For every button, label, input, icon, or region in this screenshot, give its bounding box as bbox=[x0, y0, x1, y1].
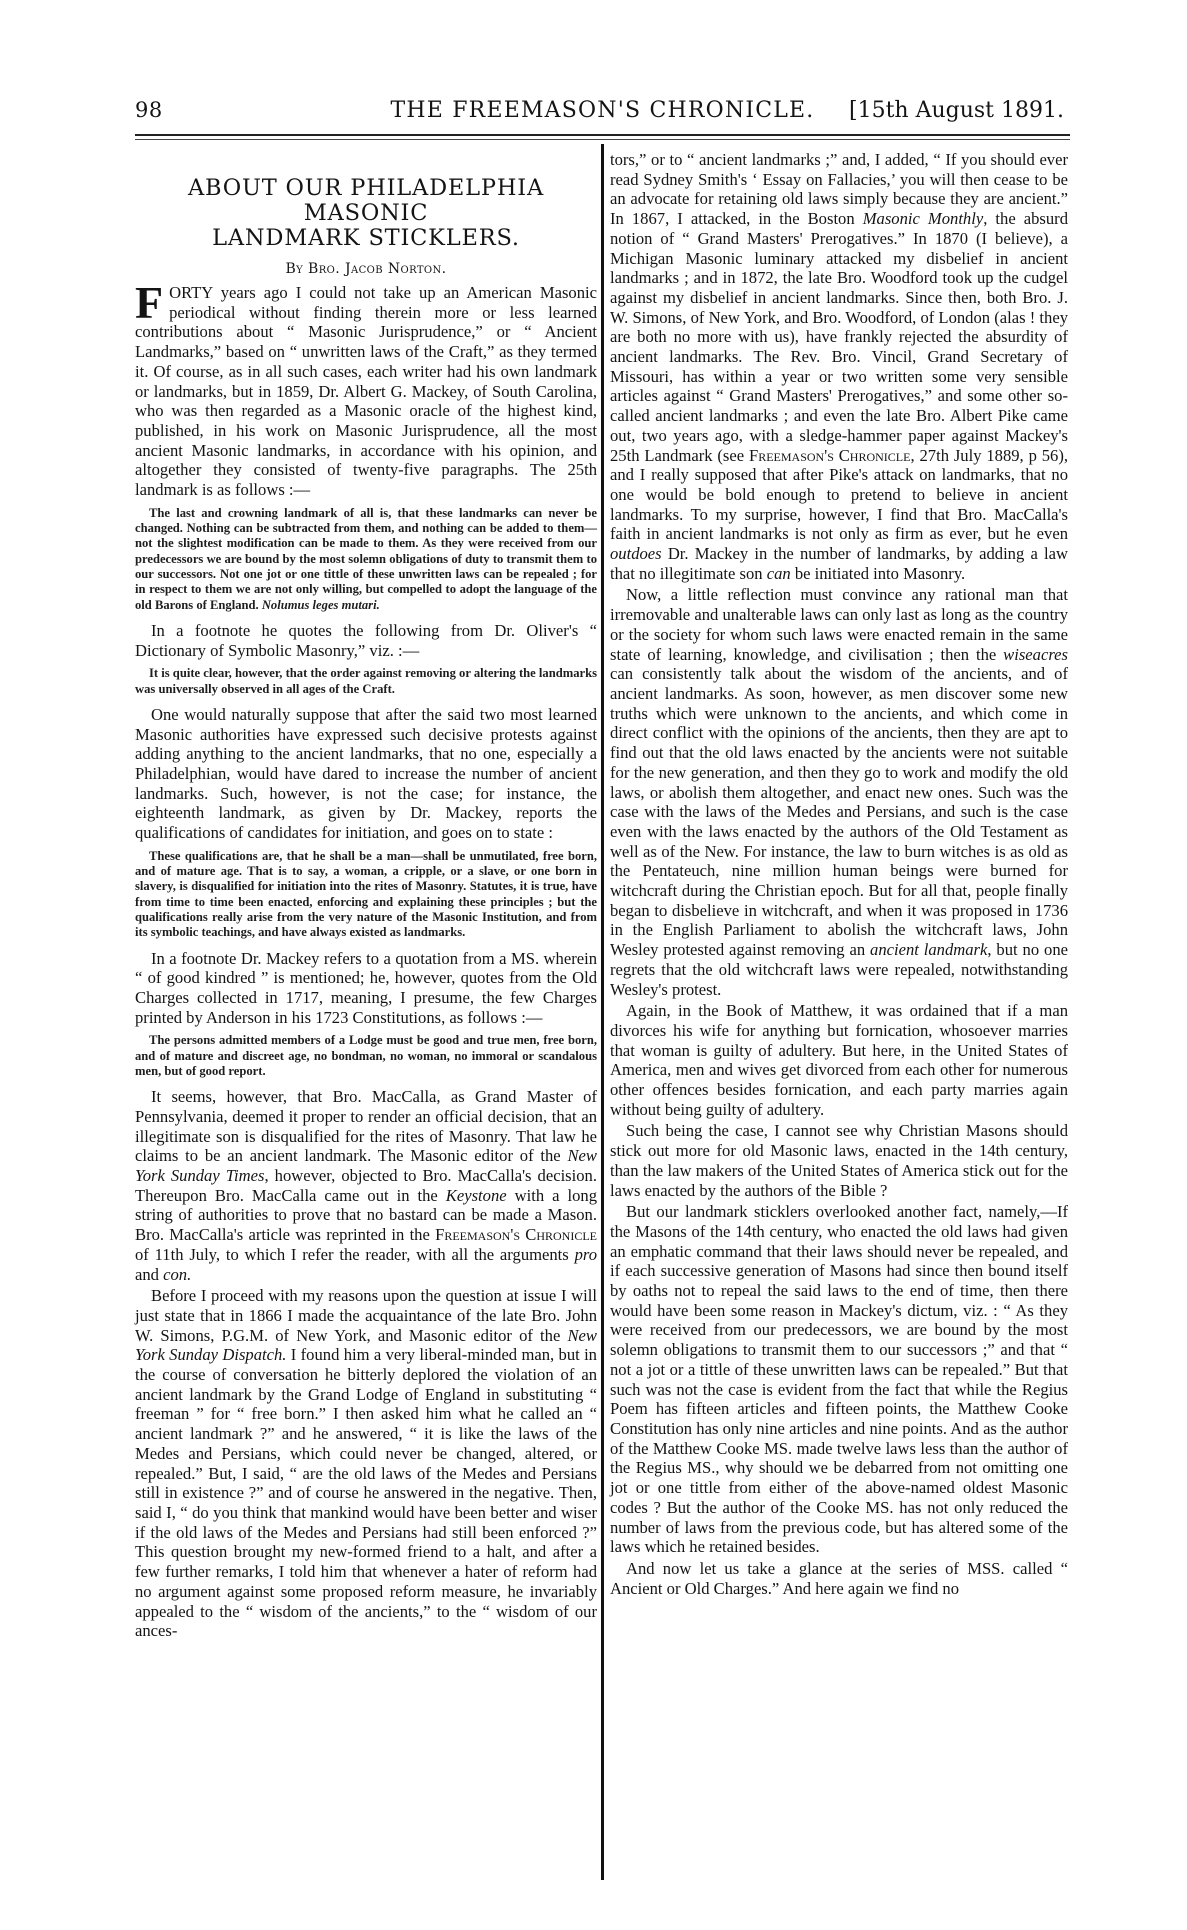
publication-name: Masonic Monthly bbox=[863, 209, 984, 228]
article-title-line1: ABOUT OUR PHILADELPHIA MASONIC bbox=[188, 175, 544, 226]
newspaper-page: 98 THE FREEMASON'S CHRONICLE. [15th Augu… bbox=[0, 0, 1187, 1930]
paragraph: But our landmark sticklers overlooked an… bbox=[610, 1202, 1068, 1557]
header-rule bbox=[135, 134, 1070, 136]
paragraph: Such being the case, I cannot see why Ch… bbox=[610, 1121, 1068, 1200]
column-divider bbox=[601, 144, 604, 1880]
paragraph: Again, in the Book of Matthew, it was or… bbox=[610, 1001, 1068, 1119]
article-title-line2: LANDMARK STICKLERS. bbox=[212, 225, 520, 251]
article-byline: By Bro. Jacob Norton. bbox=[135, 261, 597, 277]
publication-name: Freemason's Chronicle bbox=[435, 1225, 597, 1244]
article-title: ABOUT OUR PHILADELPHIA MASONIC LANDMARK … bbox=[135, 176, 597, 251]
publication-name: Freemason's Chronicle bbox=[749, 446, 911, 465]
page-header: 98 THE FREEMASON'S CHRONICLE. [15th Augu… bbox=[135, 98, 1070, 132]
paragraph: One would naturally suppose that after t… bbox=[135, 705, 597, 843]
left-column: ABOUT OUR PHILADELPHIA MASONIC LANDMARK … bbox=[135, 148, 597, 1641]
header-rule-thin bbox=[135, 139, 1070, 140]
latin-phrase: Nolumus leges mutari. bbox=[262, 598, 380, 612]
paragraph: Before I proceed with my reasons upon th… bbox=[135, 1286, 597, 1641]
block-quote: It is quite clear, however, that the ord… bbox=[135, 666, 597, 697]
block-quote: The persons admitted members of a Lodge … bbox=[135, 1033, 597, 1079]
right-column: tors,” or to “ ancient landmarks ;” and,… bbox=[610, 150, 1068, 1598]
block-quote: The last and crowning landmark of all is… bbox=[135, 506, 597, 613]
issue-date: [15th August 1891. bbox=[849, 98, 1064, 123]
paragraph: And now let us take a glance at the seri… bbox=[610, 1559, 1068, 1598]
drop-cap: F bbox=[135, 284, 163, 322]
paragraph: FORTY years ago I could not take up an A… bbox=[135, 283, 597, 500]
paragraph: It seems, however, that Bro. MacCalla, a… bbox=[135, 1087, 597, 1284]
block-quote: These qualifications are, that he shall … bbox=[135, 849, 597, 941]
paragraph: In a footnote he quotes the following fr… bbox=[135, 621, 597, 660]
publication-name: Keystone bbox=[446, 1186, 507, 1205]
paragraph: In a footnote Dr. Mackey refers to a quo… bbox=[135, 949, 597, 1028]
paragraph: tors,” or to “ ancient landmarks ;” and,… bbox=[610, 150, 1068, 583]
paragraph: Now, a little reflection must convince a… bbox=[610, 585, 1068, 999]
